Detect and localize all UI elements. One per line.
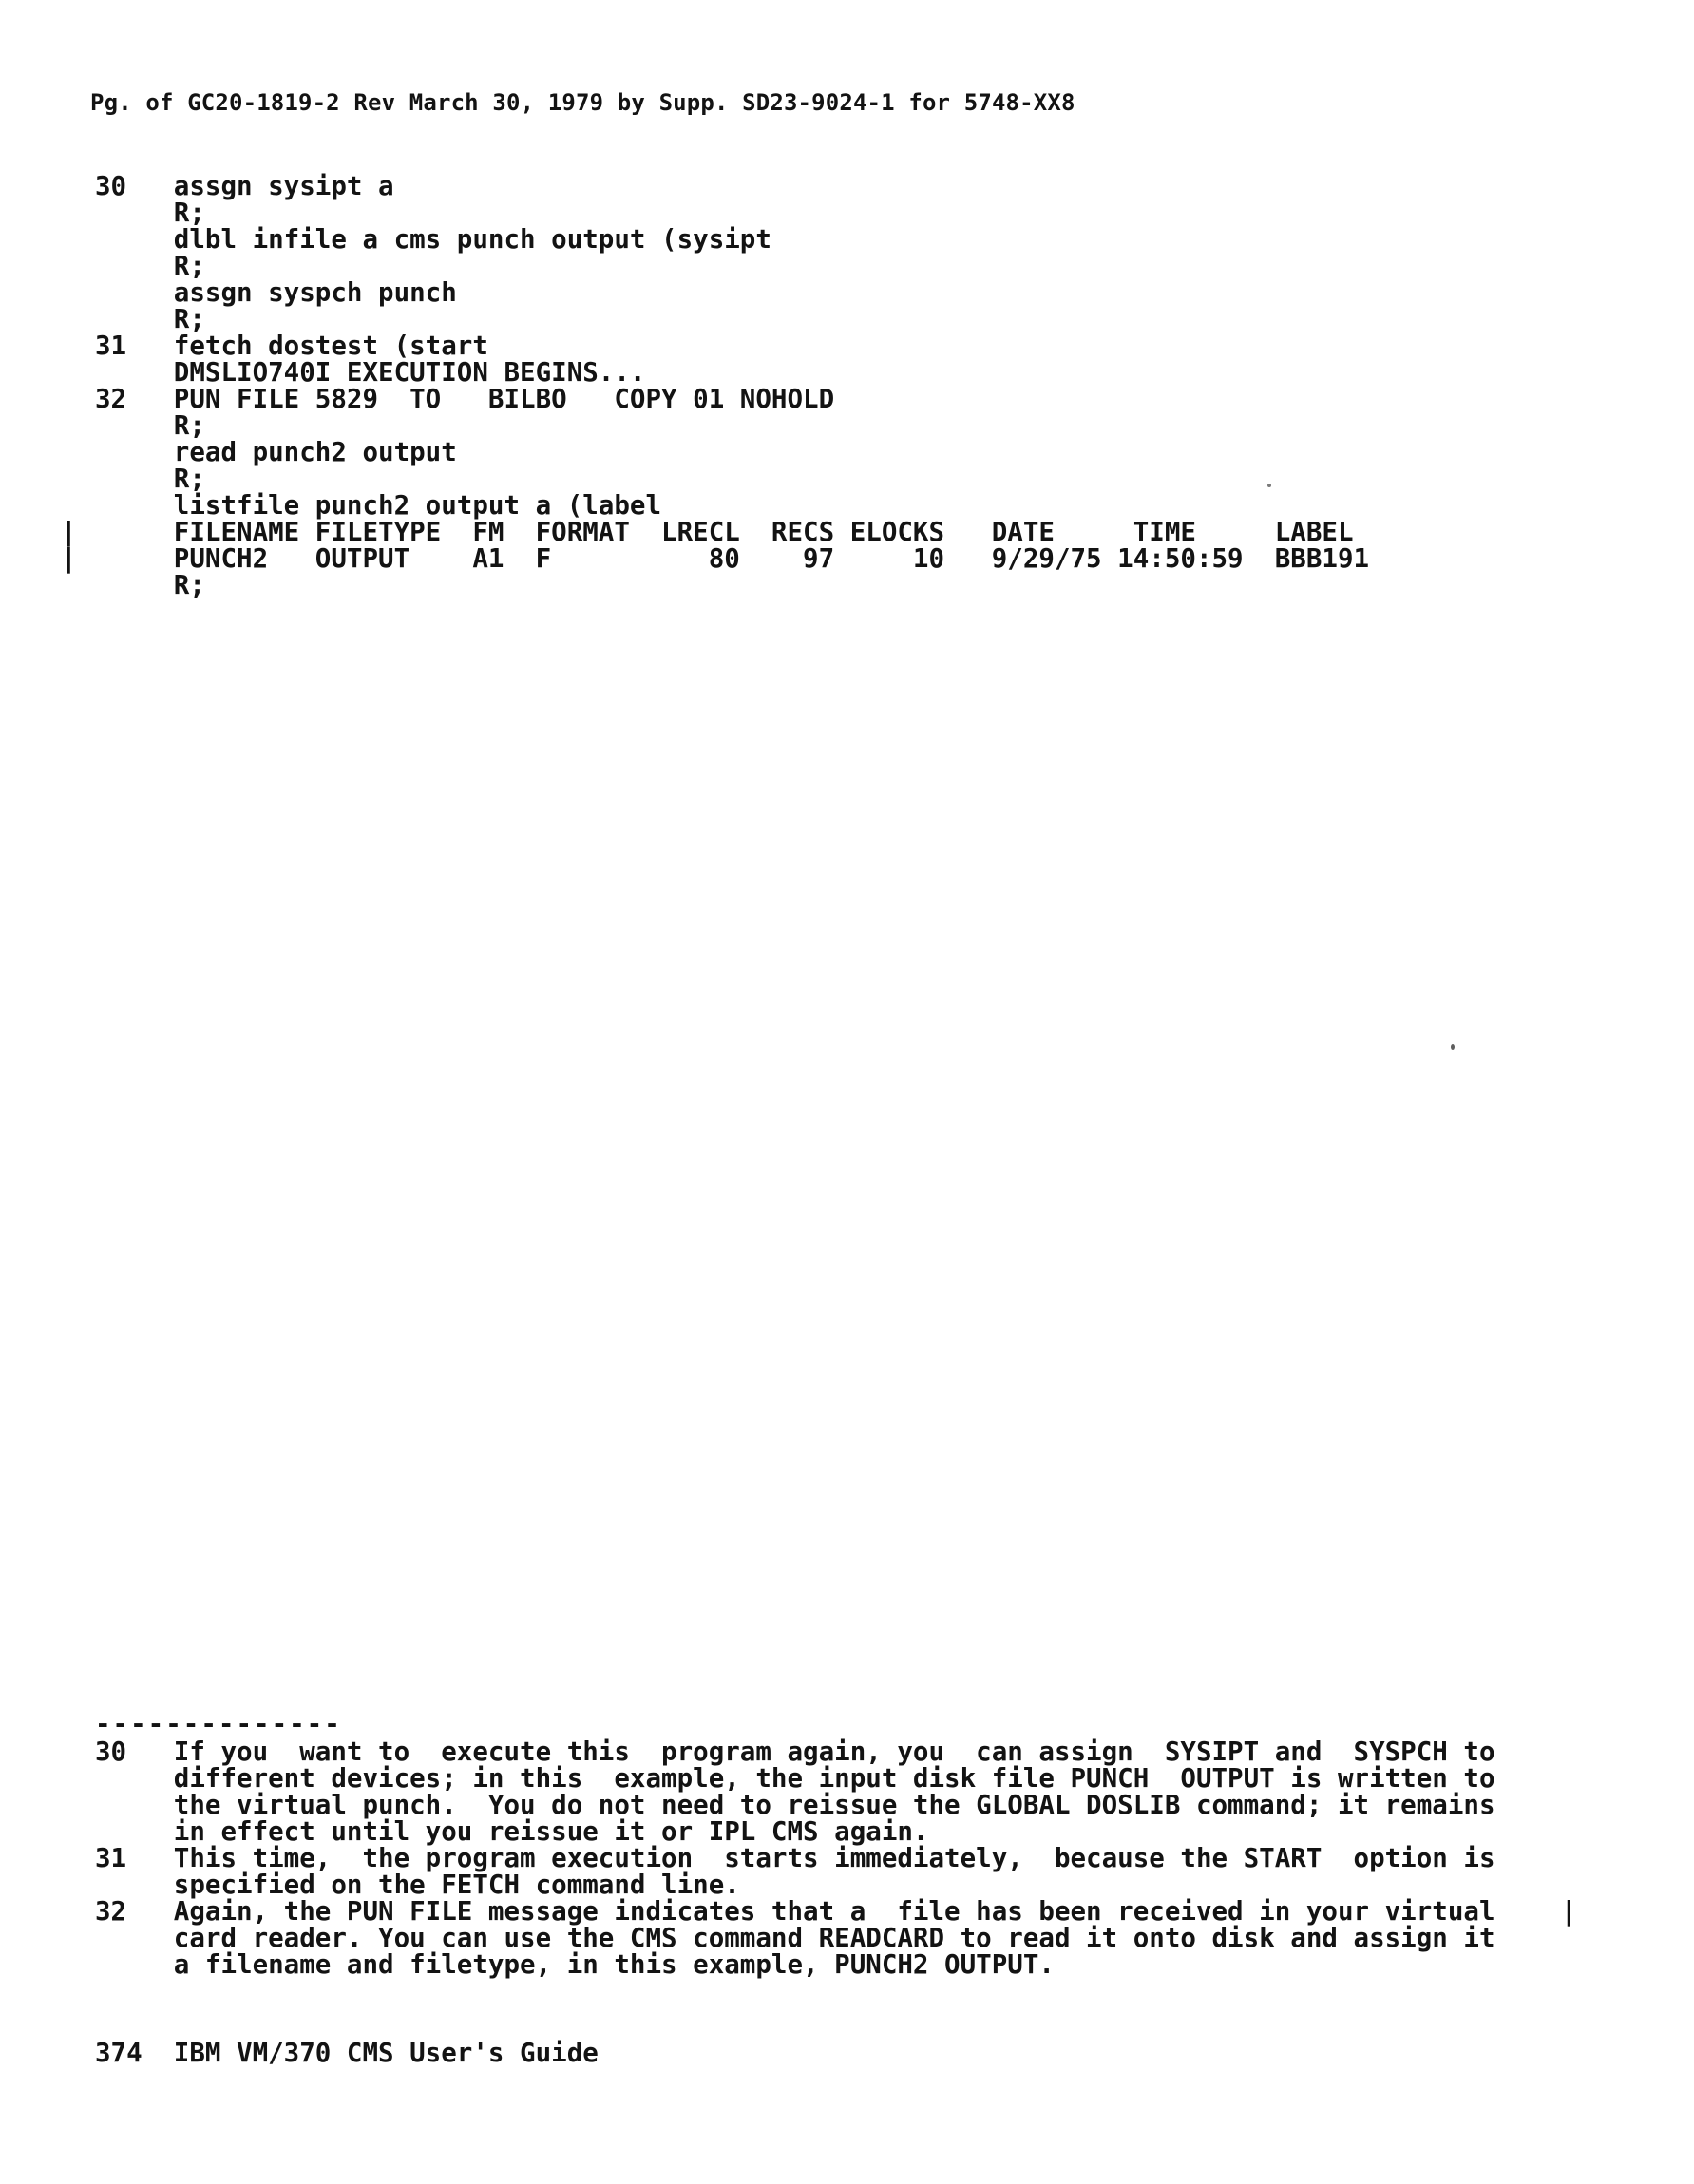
change-bar: |	[61, 519, 77, 545]
terminal-line: PUNCH2 OUTPUT A1 F 80 97 10 9/29/75 14:5…	[95, 545, 1369, 572]
terminal-line: dlbl infile a cms punch output (sysipt	[95, 226, 1369, 253]
terminal-line: R;	[95, 253, 1369, 279]
footnote-line: 32 Again, the PUN FILE message indicates…	[95, 1898, 1495, 1925]
page-footer-line: 374 IBM VM/370 CMS User's Guide	[95, 2039, 599, 2067]
terminal-line: R;	[95, 465, 1369, 492]
footnote-line: different devices; in this example, the …	[95, 1765, 1495, 1792]
scan-speck	[1267, 484, 1271, 487]
footnote-line: card reader. You can use the CMS command…	[95, 1925, 1495, 1951]
terminal-line: R;	[95, 199, 1369, 226]
terminal-line: 32 PUN FILE 5829 TO BILBO COPY 01 NOHOLD	[95, 386, 1369, 412]
scan-speck	[1451, 1044, 1455, 1050]
footnotes-block: 30 If you want to execute this program a…	[95, 1738, 1495, 1978]
footnote-line: in effect until you reissue it or IPL CM…	[95, 1818, 1495, 1845]
terminal-line: listfile punch2 output a (label	[95, 492, 1369, 519]
footnote-line: the virtual punch. You do not need to re…	[95, 1792, 1495, 1818]
footnote-line: 31 This time, the program execution star…	[95, 1845, 1495, 1871]
change-bar: |	[61, 545, 77, 572]
terminal-line: 30 assgn sysipt a	[95, 173, 1369, 199]
terminal-line: R;	[95, 412, 1369, 439]
terminal-line: 31 fetch dostest (start	[95, 332, 1369, 359]
footnote-line: 30 If you want to execute this program a…	[95, 1738, 1495, 1765]
footnote-line: a filename and filetype, in this example…	[95, 1951, 1495, 1978]
change-bar: |	[1561, 1898, 1577, 1925]
page-header-line: Pg. of GC20-1819-2 Rev March 30, 1979 by…	[90, 88, 1075, 117]
terminal-line: FILENAME FILETYPE FM FORMAT LRECL RECS E…	[95, 519, 1369, 545]
footnote-line: specified on the FETCH command line.	[95, 1871, 1495, 1898]
terminal-line: R;	[95, 572, 1369, 598]
terminal-line: assgn syspch punch	[95, 279, 1369, 306]
terminal-line: read punch2 output	[95, 439, 1369, 465]
terminal-line: R;	[95, 306, 1369, 332]
scanned-manual-page: { "page": { "header_line": "Pg. of GC20-…	[0, 0, 1694, 2184]
footnote-separator: --------------	[95, 1711, 342, 1738]
terminal-line: DMSLIO740I EXECUTION BEGINS...	[95, 359, 1369, 386]
terminal-transcript: 30 assgn sysipt a R; dlbl infile a cms p…	[95, 173, 1369, 598]
